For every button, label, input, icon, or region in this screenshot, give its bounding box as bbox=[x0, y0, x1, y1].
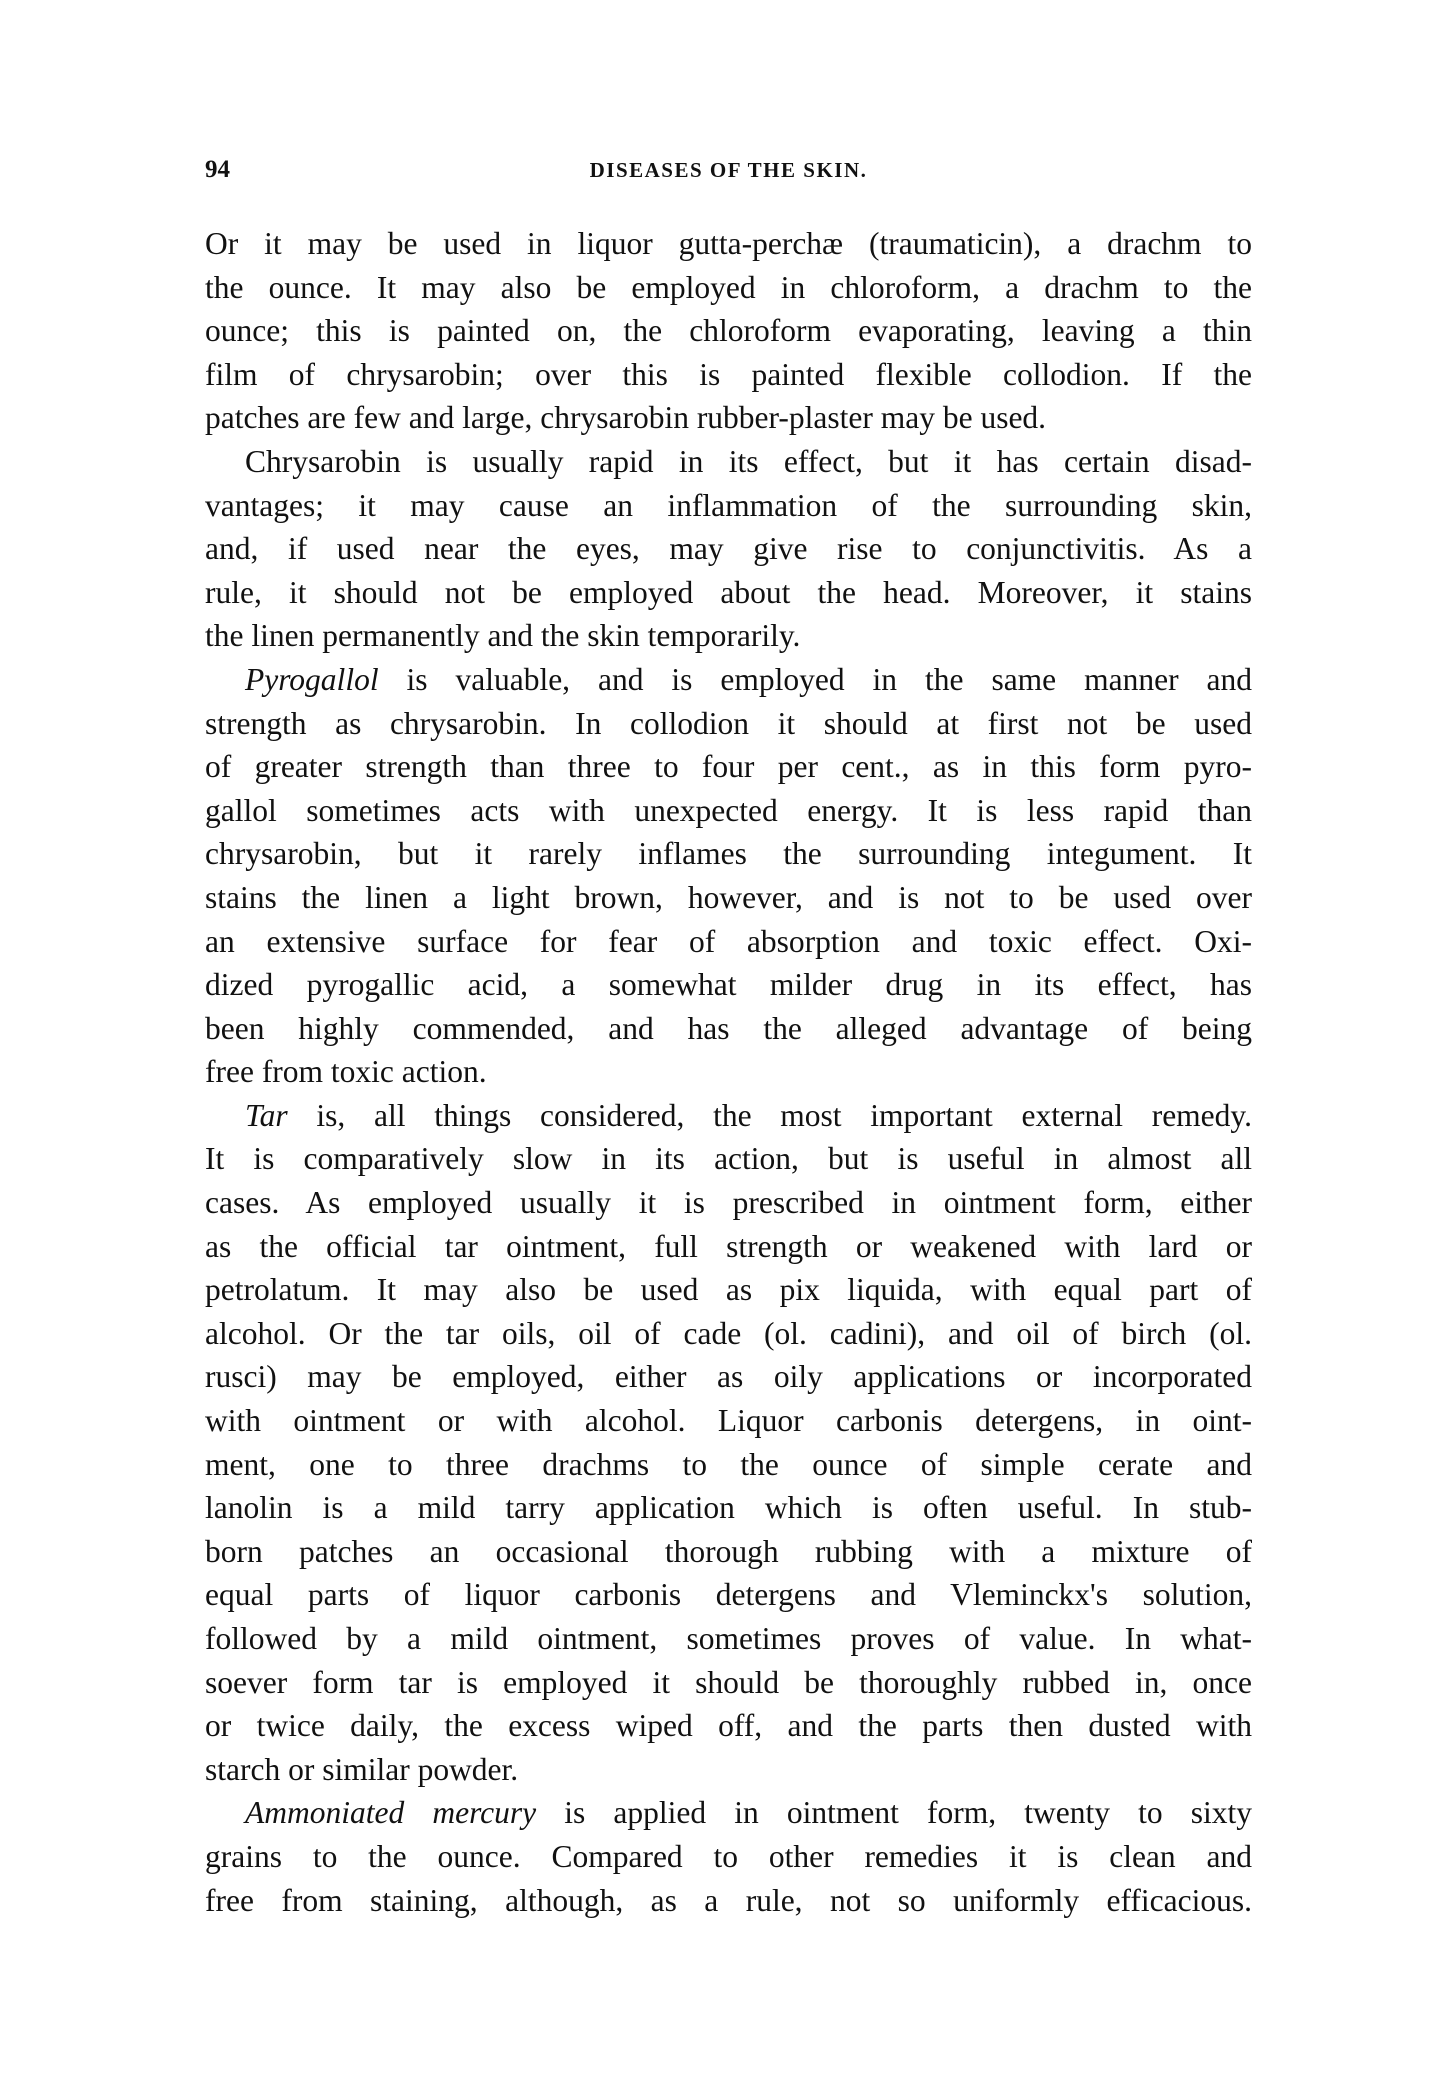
text-line: Tar is, all things considered, the most … bbox=[205, 1094, 1252, 1138]
text-line: grains to the ounce. Compared to other r… bbox=[205, 1835, 1252, 1879]
text-line: dized pyrogallic acid, a somewhat milder… bbox=[205, 963, 1252, 1007]
text-line: as the official tar ointment, full stren… bbox=[205, 1225, 1252, 1269]
text-line: lanolin is a mild tarry application whic… bbox=[205, 1486, 1252, 1530]
book-page: 94 DISEASES OF THE SKIN. Or it may be us… bbox=[0, 0, 1435, 2095]
text-line: stains the linen a light brown, however,… bbox=[205, 876, 1252, 920]
line-text: is, all things considered, the most impo… bbox=[288, 1098, 1252, 1133]
text-line: ounce; this is painted on, the chlorofor… bbox=[205, 309, 1252, 353]
text-line: of greater strength than three to four p… bbox=[205, 745, 1252, 789]
text-line: Ammoniated mercury is applied in ointmen… bbox=[205, 1791, 1252, 1835]
text-line: ment, one to three drachms to the ounce … bbox=[205, 1443, 1252, 1487]
text-line: cases. As employed usually it is prescri… bbox=[205, 1181, 1252, 1225]
italic-term: Tar bbox=[245, 1098, 288, 1133]
text-line: Pyrogallol is valuable, and is employed … bbox=[205, 658, 1252, 702]
running-title: DISEASES OF THE SKIN. bbox=[205, 155, 1252, 185]
text-line: Chrysarobin is usually rapid in its effe… bbox=[205, 440, 1252, 484]
text-line: It is comparatively slow in its action, … bbox=[205, 1137, 1252, 1181]
text-line: film of chrysarobin; over this is painte… bbox=[205, 353, 1252, 397]
text-line: patches are few and large, chrysarobin r… bbox=[205, 396, 1252, 440]
text-line: an extensive surface for fear of absorpt… bbox=[205, 920, 1252, 964]
text-line: and, if used near the eyes, may give ris… bbox=[205, 527, 1252, 571]
running-head: 94 DISEASES OF THE SKIN. bbox=[205, 155, 1252, 185]
text-line: strength as chrysarobin. In collodion it… bbox=[205, 702, 1252, 746]
line-text: is valuable, and is employed in the same… bbox=[379, 662, 1252, 697]
text-line: the ounce. It may also be employed in ch… bbox=[205, 266, 1252, 310]
text-line: Or it may be used in liquor gutta-perchæ… bbox=[205, 222, 1252, 266]
text-line: chrysarobin, but it rarely inflames the … bbox=[205, 832, 1252, 876]
paragraph-continuation: Or it may be used in liquor gutta-perchæ… bbox=[205, 222, 1252, 440]
text-line: vantages; it may cause an inflammation o… bbox=[205, 484, 1252, 528]
italic-term: Pyrogallol bbox=[245, 662, 379, 697]
text-line: free from staining, although, as a rule,… bbox=[205, 1879, 1252, 1923]
paragraph-ammoniated-mercury: Ammoniated mercury is applied in ointmen… bbox=[205, 1791, 1252, 1922]
text-line: gallol sometimes acts with unexpected en… bbox=[205, 789, 1252, 833]
text-line: rusci) may be employed, either as oily a… bbox=[205, 1355, 1252, 1399]
text-line: followed by a mild ointment, sometimes p… bbox=[205, 1617, 1252, 1661]
text-line: been highly commended, and has the alleg… bbox=[205, 1007, 1252, 1051]
text-line: with ointment or with alcohol. Liquor ca… bbox=[205, 1399, 1252, 1443]
text-line: petrolatum. It may also be used as pix l… bbox=[205, 1268, 1252, 1312]
paragraph-chrysarobin: Chrysarobin is usually rapid in its effe… bbox=[205, 440, 1252, 658]
paragraph-tar: Tar is, all things considered, the most … bbox=[205, 1094, 1252, 1792]
text-line: born patches an occasional thorough rubb… bbox=[205, 1530, 1252, 1574]
text-line: or twice daily, the excess wiped off, an… bbox=[205, 1704, 1252, 1748]
text-line: starch or similar powder. bbox=[205, 1748, 1252, 1792]
text-line: the linen permanently and the skin tempo… bbox=[205, 614, 1252, 658]
text-line: free from toxic action. bbox=[205, 1050, 1252, 1094]
italic-term: Ammoniated mercury bbox=[245, 1795, 536, 1830]
text-line: alcohol. Or the tar oils, oil of cade (o… bbox=[205, 1312, 1252, 1356]
body-text: Or it may be used in liquor gutta-perchæ… bbox=[205, 222, 1252, 1922]
line-text: is applied in ointment form, twenty to s… bbox=[536, 1795, 1252, 1830]
text-line: equal parts of liquor carbonis detergens… bbox=[205, 1573, 1252, 1617]
text-line: soever form tar is employed it should be… bbox=[205, 1661, 1252, 1705]
text-line: rule, it should not be employed about th… bbox=[205, 571, 1252, 615]
paragraph-pyrogallol: Pyrogallol is valuable, and is employed … bbox=[205, 658, 1252, 1094]
